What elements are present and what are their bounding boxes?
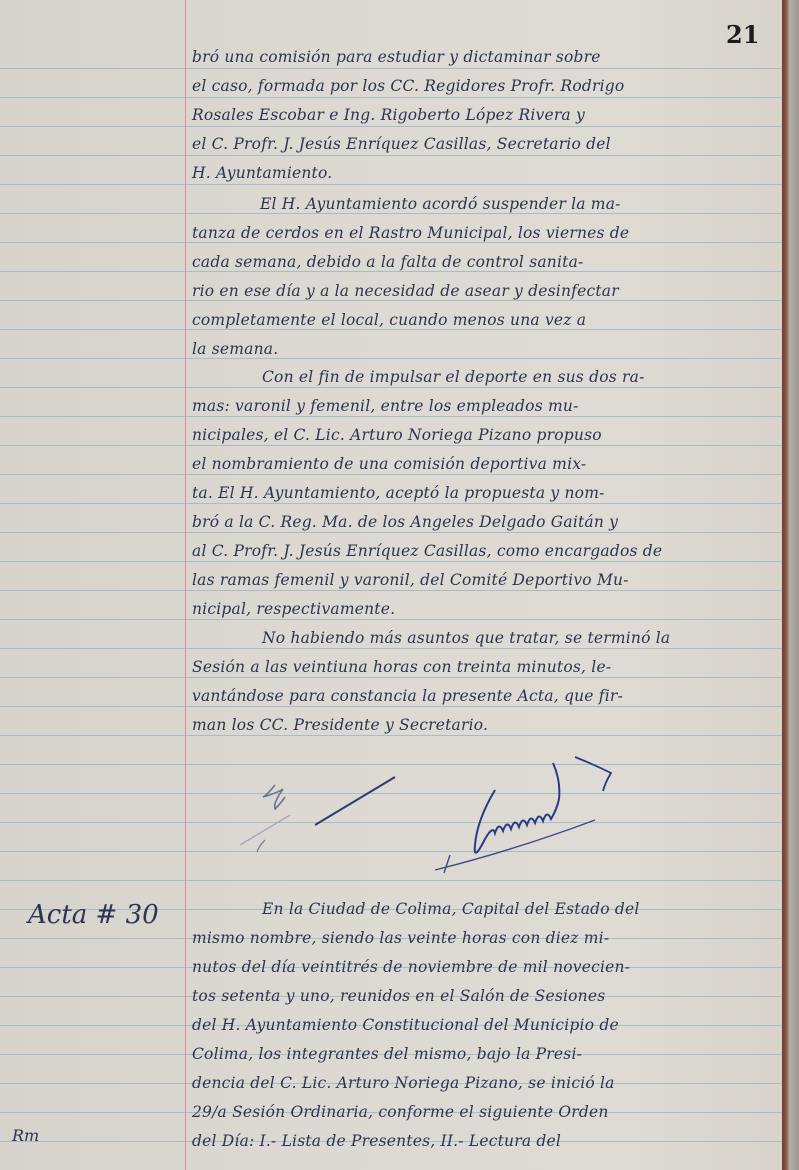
- rule-line: [0, 184, 782, 185]
- rule-line: [0, 677, 782, 678]
- text-line: mas: varonil y femenil, entre los emplea…: [192, 397, 782, 415]
- text-line: man los CC. Presidente y Secretario.: [192, 716, 782, 734]
- rule-line: [0, 619, 782, 620]
- text-line: rio en ese día y a la necesidad de asear…: [192, 282, 782, 300]
- rule-line: [0, 503, 782, 504]
- text-line: bró una comisión para estudiar y dictami…: [192, 48, 782, 66]
- rule-line: [0, 561, 782, 562]
- text-line: H. Ayuntamiento.: [192, 164, 782, 182]
- rule-line: [0, 735, 782, 736]
- rule-line: [0, 590, 782, 591]
- text-line: la semana.: [192, 340, 782, 358]
- text-line: mismo nombre, siendo las veinte horas co…: [192, 929, 782, 947]
- paragraph-start: El H. Ayuntamiento acordó suspender la m…: [260, 195, 782, 213]
- text-line: del H. Ayuntamiento Constitucional del M…: [192, 1016, 782, 1034]
- text-line: 29/a Sesión Ordinaria, conforme el sigui…: [192, 1103, 782, 1121]
- text-line: dencia del C. Lic. Arturo Noriega Pizano…: [192, 1074, 782, 1092]
- rule-line: [0, 329, 782, 330]
- text-line: al C. Profr. J. Jesús Enríquez Casillas,…: [192, 542, 782, 560]
- text-line: el caso, formada por los CC. Regidores P…: [192, 77, 782, 95]
- red-margin-line: [185, 0, 186, 1170]
- text-line: tanza de cerdos en el Rastro Municipal, …: [192, 224, 782, 242]
- rule-line: [0, 706, 782, 707]
- text-line: nutos del día veintitrés de noviembre de…: [192, 958, 782, 976]
- signature-president: [220, 745, 400, 875]
- margin-initials: Rm: [12, 1126, 39, 1145]
- paragraph-start: Con el fin de impulsar el deporte en sus…: [262, 368, 782, 386]
- rule-line: [0, 880, 782, 881]
- text-line: Sesión a las veintiuna horas con treinta…: [192, 658, 782, 676]
- paragraph-start: No habiendo más asuntos que tratar, se t…: [262, 629, 782, 647]
- text-line: Colima, los integrantes del mismo, bajo …: [192, 1045, 782, 1063]
- text-line: cada semana, debido a la falta de contro…: [192, 253, 782, 271]
- rule-line: [0, 474, 782, 475]
- rule-line: [0, 300, 782, 301]
- text-line: del Día: I.- Lista de Presentes, II.- Le…: [192, 1132, 782, 1150]
- rule-line: [0, 213, 782, 214]
- text-line: Rosales Escobar e Ing. Rigoberto López R…: [192, 106, 782, 124]
- paragraph-start: En la Ciudad de Colima, Capital del Esta…: [262, 900, 782, 918]
- signature-secretary: [430, 745, 650, 875]
- text-line: el nombramiento de una comisión deportiv…: [192, 455, 782, 473]
- text-line: las ramas femenil y varonil, del Comité …: [192, 571, 782, 589]
- rule-line: [0, 242, 782, 243]
- ledger-page: 21 bró una comisión para estudiar y dict…: [0, 0, 782, 1170]
- rule-line: [0, 445, 782, 446]
- rule-line: [0, 416, 782, 417]
- page-number: 21: [726, 20, 759, 49]
- rule-line: [0, 68, 782, 69]
- text-line: tos setenta y uno, reunidos en el Salón …: [192, 987, 782, 1005]
- text-line: vantándose para constancia la presente A…: [192, 687, 782, 705]
- book-page-edge: [782, 0, 799, 1170]
- rule-line: [0, 387, 782, 388]
- rule-line: [0, 155, 782, 156]
- text-line: nicipal, respectivamente.: [192, 600, 782, 618]
- rule-line: [0, 97, 782, 98]
- text-line: el C. Profr. J. Jesús Enríquez Casillas,…: [192, 135, 782, 153]
- rule-line: [0, 648, 782, 649]
- text-line: nicipales, el C. Lic. Arturo Noriega Piz…: [192, 426, 782, 444]
- rule-line: [0, 358, 782, 359]
- text-line: completamente el local, cuando menos una…: [192, 311, 782, 329]
- rule-line: [0, 271, 782, 272]
- acta-number-label: Acta # 30: [28, 900, 159, 930]
- text-line: ta. El H. Ayuntamiento, aceptó la propue…: [192, 484, 782, 502]
- text-line: bró a la C. Reg. Ma. de los Angeles Delg…: [192, 513, 782, 531]
- rule-line: [0, 532, 782, 533]
- rule-line: [0, 126, 782, 127]
